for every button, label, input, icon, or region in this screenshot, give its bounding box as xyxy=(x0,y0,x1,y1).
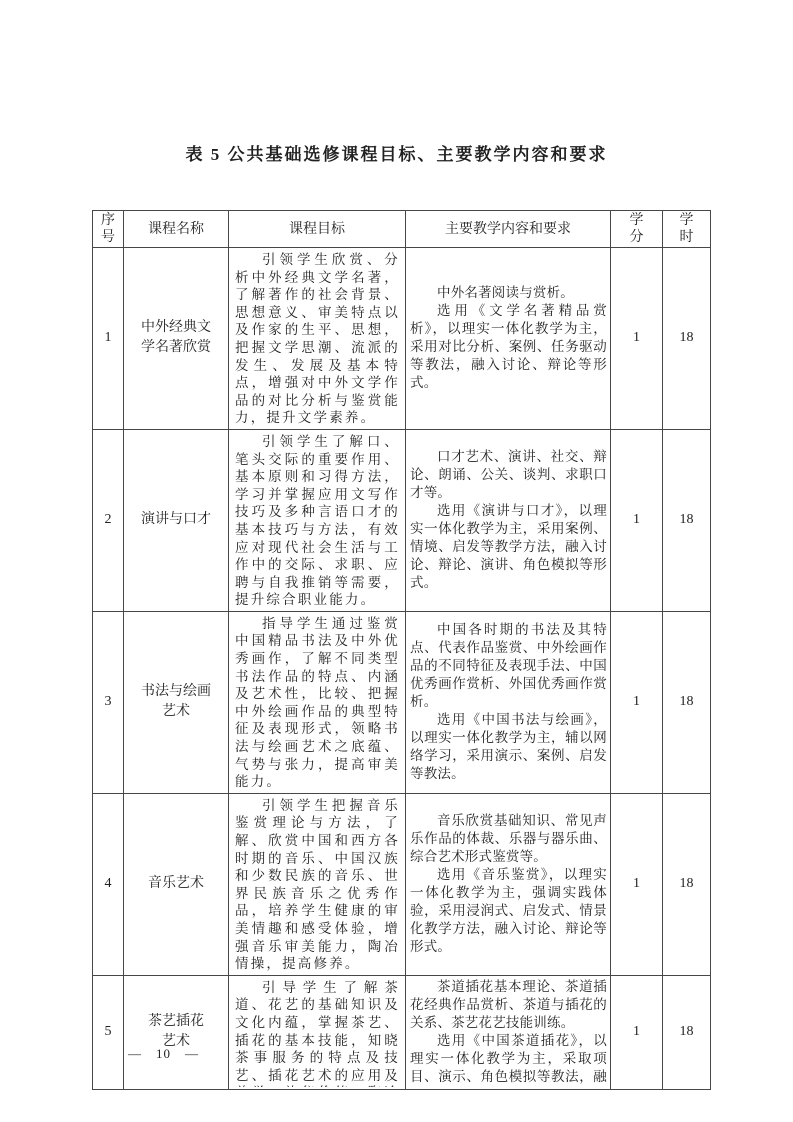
header-no: 序 号 xyxy=(93,211,124,248)
header-content: 主要教学内容和要求 xyxy=(406,211,611,248)
cell-course-name: 中外经典文 学名著欣赏 xyxy=(124,248,229,430)
cell-credits: 1 xyxy=(611,248,663,430)
content-paragraph: 音乐欣赏基础知识、常见声乐作品的体裁、乐器与器乐曲、综合艺术形式鉴赏等。 xyxy=(410,812,607,866)
footer-dash-right: — xyxy=(185,1046,199,1062)
cell-credits: 1 xyxy=(611,975,663,1089)
content-paragraph: 选用《中国书法与绘画》，以理实一体化教学为主，辅以网络学习，采用演示、案例、启发… xyxy=(410,711,607,783)
cell-credits: 1 xyxy=(611,611,663,793)
content-paragraph: 选用《演讲与口才》，以理实一体化教学为主，采用案例、情境、启发等教学方法，融入讨… xyxy=(410,502,607,592)
cell-no: 1 xyxy=(93,248,124,430)
cell-no: 5 xyxy=(93,975,124,1089)
cell-objective: 引领学生了解口、笔头交际的重要作用、基本原则和习得方法，学习并掌握应用文写作技巧… xyxy=(229,429,406,611)
content-paragraph: 中国各时期的书法及其特点、代表作品鉴赏、中外绘画作品的不同特征及表现手法、中国优… xyxy=(410,621,607,711)
table-row: 3 书法与绘画 艺术 指导学生通过鉴赏中国精品书法及中外优秀画作，了解不同类型书… xyxy=(93,611,711,793)
table-row: 4 音乐艺术 引领学生把握音乐鉴赏理论与方法，了解、欣赏中国和西方各时期的音乐、… xyxy=(93,793,711,975)
header-hours: 学 时 xyxy=(663,211,711,248)
content-paragraph: 茶道插花基本理论、茶道插花经典作品赏析、茶道与插花的关系、茶艺花艺技能训练。 xyxy=(410,978,607,1032)
content-paragraph: 选用《文学名著精品赏析》，以理实一体化教学为主，采用对比分析、案例、任务驱动等教… xyxy=(410,302,607,392)
cell-course-name: 演讲与口才 xyxy=(124,429,229,611)
cell-content: 茶道插花基本理论、茶道插花经典作品赏析、茶道与插花的关系、茶艺花艺技能训练。 选… xyxy=(406,975,611,1089)
objective-paragraph: 指导学生通过鉴赏中国精品书法及中外优秀画作，了解不同类型书法作品的特点、内涵及艺… xyxy=(235,615,400,791)
cell-no: 2 xyxy=(93,429,124,611)
cell-hours: 18 xyxy=(663,793,711,975)
cell-course-name: 书法与绘画 艺术 xyxy=(124,611,229,793)
objective-paragraph: 引领学生把握音乐鉴赏理论与方法，了解、欣赏中国和西方各时期的音乐、中国汉族和少数… xyxy=(235,797,400,973)
header-course-name: 课程名称 xyxy=(124,211,229,248)
footer-dash-left: — xyxy=(128,1046,142,1062)
cell-objective: 引领学生把握音乐鉴赏理论与方法，了解、欣赏中国和西方各时期的音乐、中国汉族和少数… xyxy=(229,793,406,975)
content-paragraph: 中外名著阅读与赏析。 xyxy=(410,284,607,302)
cell-hours: 18 xyxy=(663,429,711,611)
content-paragraph: 选用《音乐鉴赏》，以理实一体化教学为主，强调实践体验，采用浸润式、启发式、情景化… xyxy=(410,866,607,956)
cell-content: 中国各时期的书法及其特点、代表作品鉴赏、中外绘画作品的不同特征及表现手法、中国优… xyxy=(406,611,611,793)
cell-hours: 18 xyxy=(663,975,711,1089)
cell-objective: 引领学生欣赏、分析中外经典文学名著，了解著作的社会背景、思想意义、审美特点以及作… xyxy=(229,248,406,430)
cell-content: 音乐欣赏基础知识、常见声乐作品的体裁、乐器与器乐曲、综合艺术形式鉴赏等。 选用《… xyxy=(406,793,611,975)
page-footer: — 10 — xyxy=(128,1046,199,1062)
objective-paragraph: 引领学生了解口、笔头交际的重要作用、基本原则和习得方法，学习并掌握应用文写作技巧… xyxy=(235,433,400,609)
table-header-row: 序 号 课程名称 课程目标 主要教学内容和要求 学 分 学 时 xyxy=(93,211,711,248)
cell-objective: 指导学生通过鉴赏中国精品书法及中外优秀画作，了解不同类型书法作品的特点、内涵及艺… xyxy=(229,611,406,793)
clipped-text-region: 引导学生了解茶道、花艺的基础知识及文化内蕴，掌握茶艺、插花的基本技能，知晓茶事服… xyxy=(235,979,400,1087)
header-objective: 课程目标 xyxy=(229,211,406,248)
table-row: 5 茶艺插花 艺术 引导学生了解茶道、花艺的基础知识及文化内蕴，掌握茶艺、插花的… xyxy=(93,975,711,1089)
content-paragraph: 选用《中国茶道插花》，以理实一体化教学为主，采取项目、演示、角色模拟等教法，融入… xyxy=(410,1032,607,1086)
cell-content: 中外名著阅读与赏析。 选用《文学名著精品赏析》，以理实一体化教学为主，采用对比分… xyxy=(406,248,611,430)
content-paragraph: 口才艺术、演讲、社交、辩论、朗诵、公关、谈判、求职口才等。 xyxy=(410,448,607,502)
cell-hours: 18 xyxy=(663,248,711,430)
cell-objective: 引导学生了解茶道、花艺的基础知识及文化内蕴，掌握茶艺、插花的基本技能，知晓茶事服… xyxy=(229,975,406,1089)
table-row: 2 演讲与口才 引领学生了解口、笔头交际的重要作用、基本原则和习得方法，学习并掌… xyxy=(93,429,711,611)
header-credits: 学 分 xyxy=(611,211,663,248)
clipped-text-region: 茶道插花基本理论、茶道插花经典作品赏析、茶道与插花的关系、茶艺花艺技能训练。 选… xyxy=(410,978,607,1086)
cell-content: 口才艺术、演讲、社交、辩论、朗诵、公关、谈判、求职口才等。 选用《演讲与口才》，… xyxy=(406,429,611,611)
cell-credits: 1 xyxy=(611,429,663,611)
cell-course-name: 茶艺插花 艺术 xyxy=(124,975,229,1089)
cell-credits: 1 xyxy=(611,793,663,975)
objective-paragraph: 引领学生欣赏、分析中外经典文学名著，了解著作的社会背景、思想意义、审美特点以及作… xyxy=(235,251,400,427)
objective-paragraph: 引导学生了解茶道、花艺的基础知识及文化内蕴，掌握茶艺、插花的基本技能，知晓茶事服… xyxy=(235,979,400,1087)
page-title: 表 5 公共基础选修课程目标、主要教学内容和要求 xyxy=(0,140,793,165)
page-number: 10 xyxy=(156,1046,171,1062)
document-page: 表 5 公共基础选修课程目标、主要教学内容和要求 序 号 课程名称 课程目标 主… xyxy=(0,0,793,1122)
table-row: 1 中外经典文 学名著欣赏 引领学生欣赏、分析中外经典文学名著，了解著作的社会背… xyxy=(93,248,711,430)
course-table: 序 号 课程名称 课程目标 主要教学内容和要求 学 分 学 时 1 中外经典文 … xyxy=(92,210,711,1090)
cell-course-name: 音乐艺术 xyxy=(124,793,229,975)
cell-no: 3 xyxy=(93,611,124,793)
cell-hours: 18 xyxy=(663,611,711,793)
cell-no: 4 xyxy=(93,793,124,975)
